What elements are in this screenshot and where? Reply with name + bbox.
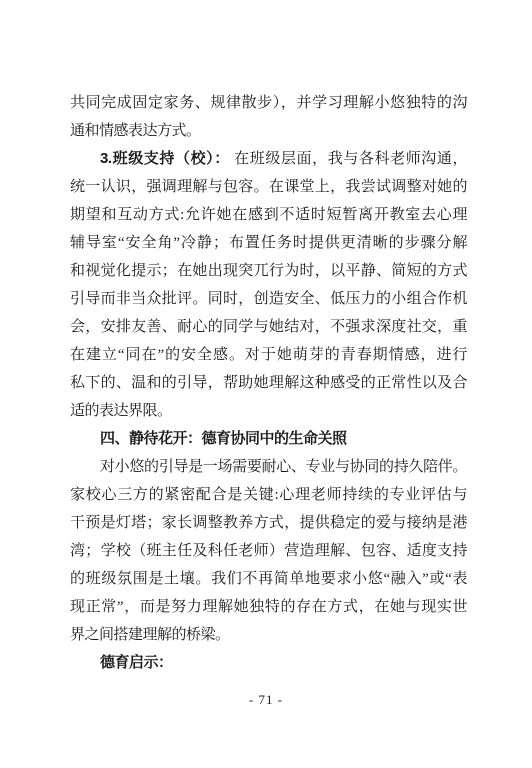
page-number: - 71 -	[0, 692, 532, 708]
paragraph-line: 辅导室“安全角”冷静；布置任务时提供更清晰的步骤分解	[70, 229, 467, 257]
bold-text-segment: 四、静待花开：德育协同中的生命关照	[100, 430, 347, 447]
text-segment: 界之间搭建理解的桥梁。	[70, 627, 230, 643]
paragraph-line: 期望和互动方式:允许她在感到不适时短暂离开教室去心理	[70, 201, 467, 229]
text-segment: 统一认识，强调理解与包容。在课堂上，我尝试调整对她的	[70, 179, 467, 195]
text-segment: 私下的、温和的引导，帮助她理解这种感受的正常性以及合	[70, 375, 467, 391]
paragraph-line: 在建立“同在”的安全感。对于她萌芽的青春期情感，进行	[70, 341, 467, 369]
bold-text-segment: 3.班级支持（校）：	[100, 150, 230, 167]
text-segment: 家校心三方的紧密配合是关键:心理老师持续的专业评估与	[70, 487, 467, 503]
bold-text-segment: 德育启示：	[100, 654, 173, 671]
section-heading: 四、静待花开：德育协同中的生命关照	[70, 425, 467, 453]
paragraph-line: 干预是灯塔；家长调整教养方式，提供稳定的爱与接纳是港	[70, 509, 467, 537]
text-segment: 湾；学校（班主任及科任老师）营造理解、包容、适度支持	[70, 543, 467, 559]
paragraph-line: 3.班级支持（校）： 在班级层面，我与各科老师沟通，	[70, 145, 467, 173]
paragraph-continuation-line: 通和情感表达方式。	[70, 117, 467, 145]
text-segment: 期望和互动方式:允许她在感到不适时短暂离开教室去心理	[70, 207, 467, 223]
text-segment: 干预是灯塔；家长调整教养方式，提供稳定的爱与接纳是港	[70, 515, 467, 531]
paragraph-continuation-line: 共同完成固定家务、规律散步），并学习理解小悠独特的沟	[70, 89, 467, 117]
paragraph-line: 私下的、温和的引导，帮助她理解这种感受的正常性以及合	[70, 369, 467, 397]
paragraph-line: 界之间搭建理解的桥梁。	[70, 621, 467, 649]
document-body: 共同完成固定家务、规律散步），并学习理解小悠独特的沟通和情感表达方式。3.班级支…	[70, 89, 467, 677]
text-segment: 辅导室“安全角”冷静；布置任务时提供更清晰的步骤分解	[70, 235, 467, 251]
text-segment: 适的表达界限。	[70, 403, 172, 419]
text-segment: 共同完成固定家务、规律散步），并学习理解小悠独特的沟	[70, 95, 467, 111]
text-segment: 对小悠的引导是一场需要耐心、专业与协同的持久陪伴。	[100, 459, 467, 475]
paragraph-line: 家校心三方的紧密配合是关键:心理老师持续的专业评估与	[70, 481, 467, 509]
text-segment: 在班级层面，我与各科老师沟通，	[230, 151, 467, 167]
paragraph-line: 适的表达界限。	[70, 397, 467, 425]
text-segment: 会，安排友善、耐心的同学与她结对，不强求深度社交，重	[70, 319, 467, 335]
text-segment: 引导而非当众批评。同时，创造安全、低压力的小组合作机	[70, 291, 467, 307]
text-segment: 的班级氛围是土壤。我们不再简单地要求小悠“融入”或“表	[70, 571, 467, 587]
text-segment: 现正常”，而是努力理解她独特的存在方式，在她与现实世	[70, 599, 467, 615]
document-page: 共同完成固定家务、规律散步），并学习理解小悠独特的沟通和情感表达方式。3.班级支…	[0, 0, 532, 768]
text-segment: 和视觉化提示；在她出现突兀行为时，以平静、简短的方式	[70, 263, 467, 279]
paragraph-line: 会，安排友善、耐心的同学与她结对，不强求深度社交，重	[70, 313, 467, 341]
paragraph-line: 湾；学校（班主任及科任老师）营造理解、包容、适度支持	[70, 537, 467, 565]
subsection-heading: 德育启示：	[70, 649, 467, 677]
paragraph-line: 和视觉化提示；在她出现突兀行为时，以平静、简短的方式	[70, 257, 467, 285]
paragraph-line: 引导而非当众批评。同时，创造安全、低压力的小组合作机	[70, 285, 467, 313]
text-segment: 通和情感表达方式。	[70, 123, 201, 139]
text-segment: 在建立“同在”的安全感。对于她萌芽的青春期情感，进行	[70, 347, 467, 363]
paragraph-line: 统一认识，强调理解与包容。在课堂上，我尝试调整对她的	[70, 173, 467, 201]
paragraph-line: 对小悠的引导是一场需要耐心、专业与协同的持久陪伴。	[70, 453, 467, 481]
paragraph-line: 的班级氛围是土壤。我们不再简单地要求小悠“融入”或“表	[70, 565, 467, 593]
paragraph-line: 现正常”，而是努力理解她独特的存在方式，在她与现实世	[70, 593, 467, 621]
